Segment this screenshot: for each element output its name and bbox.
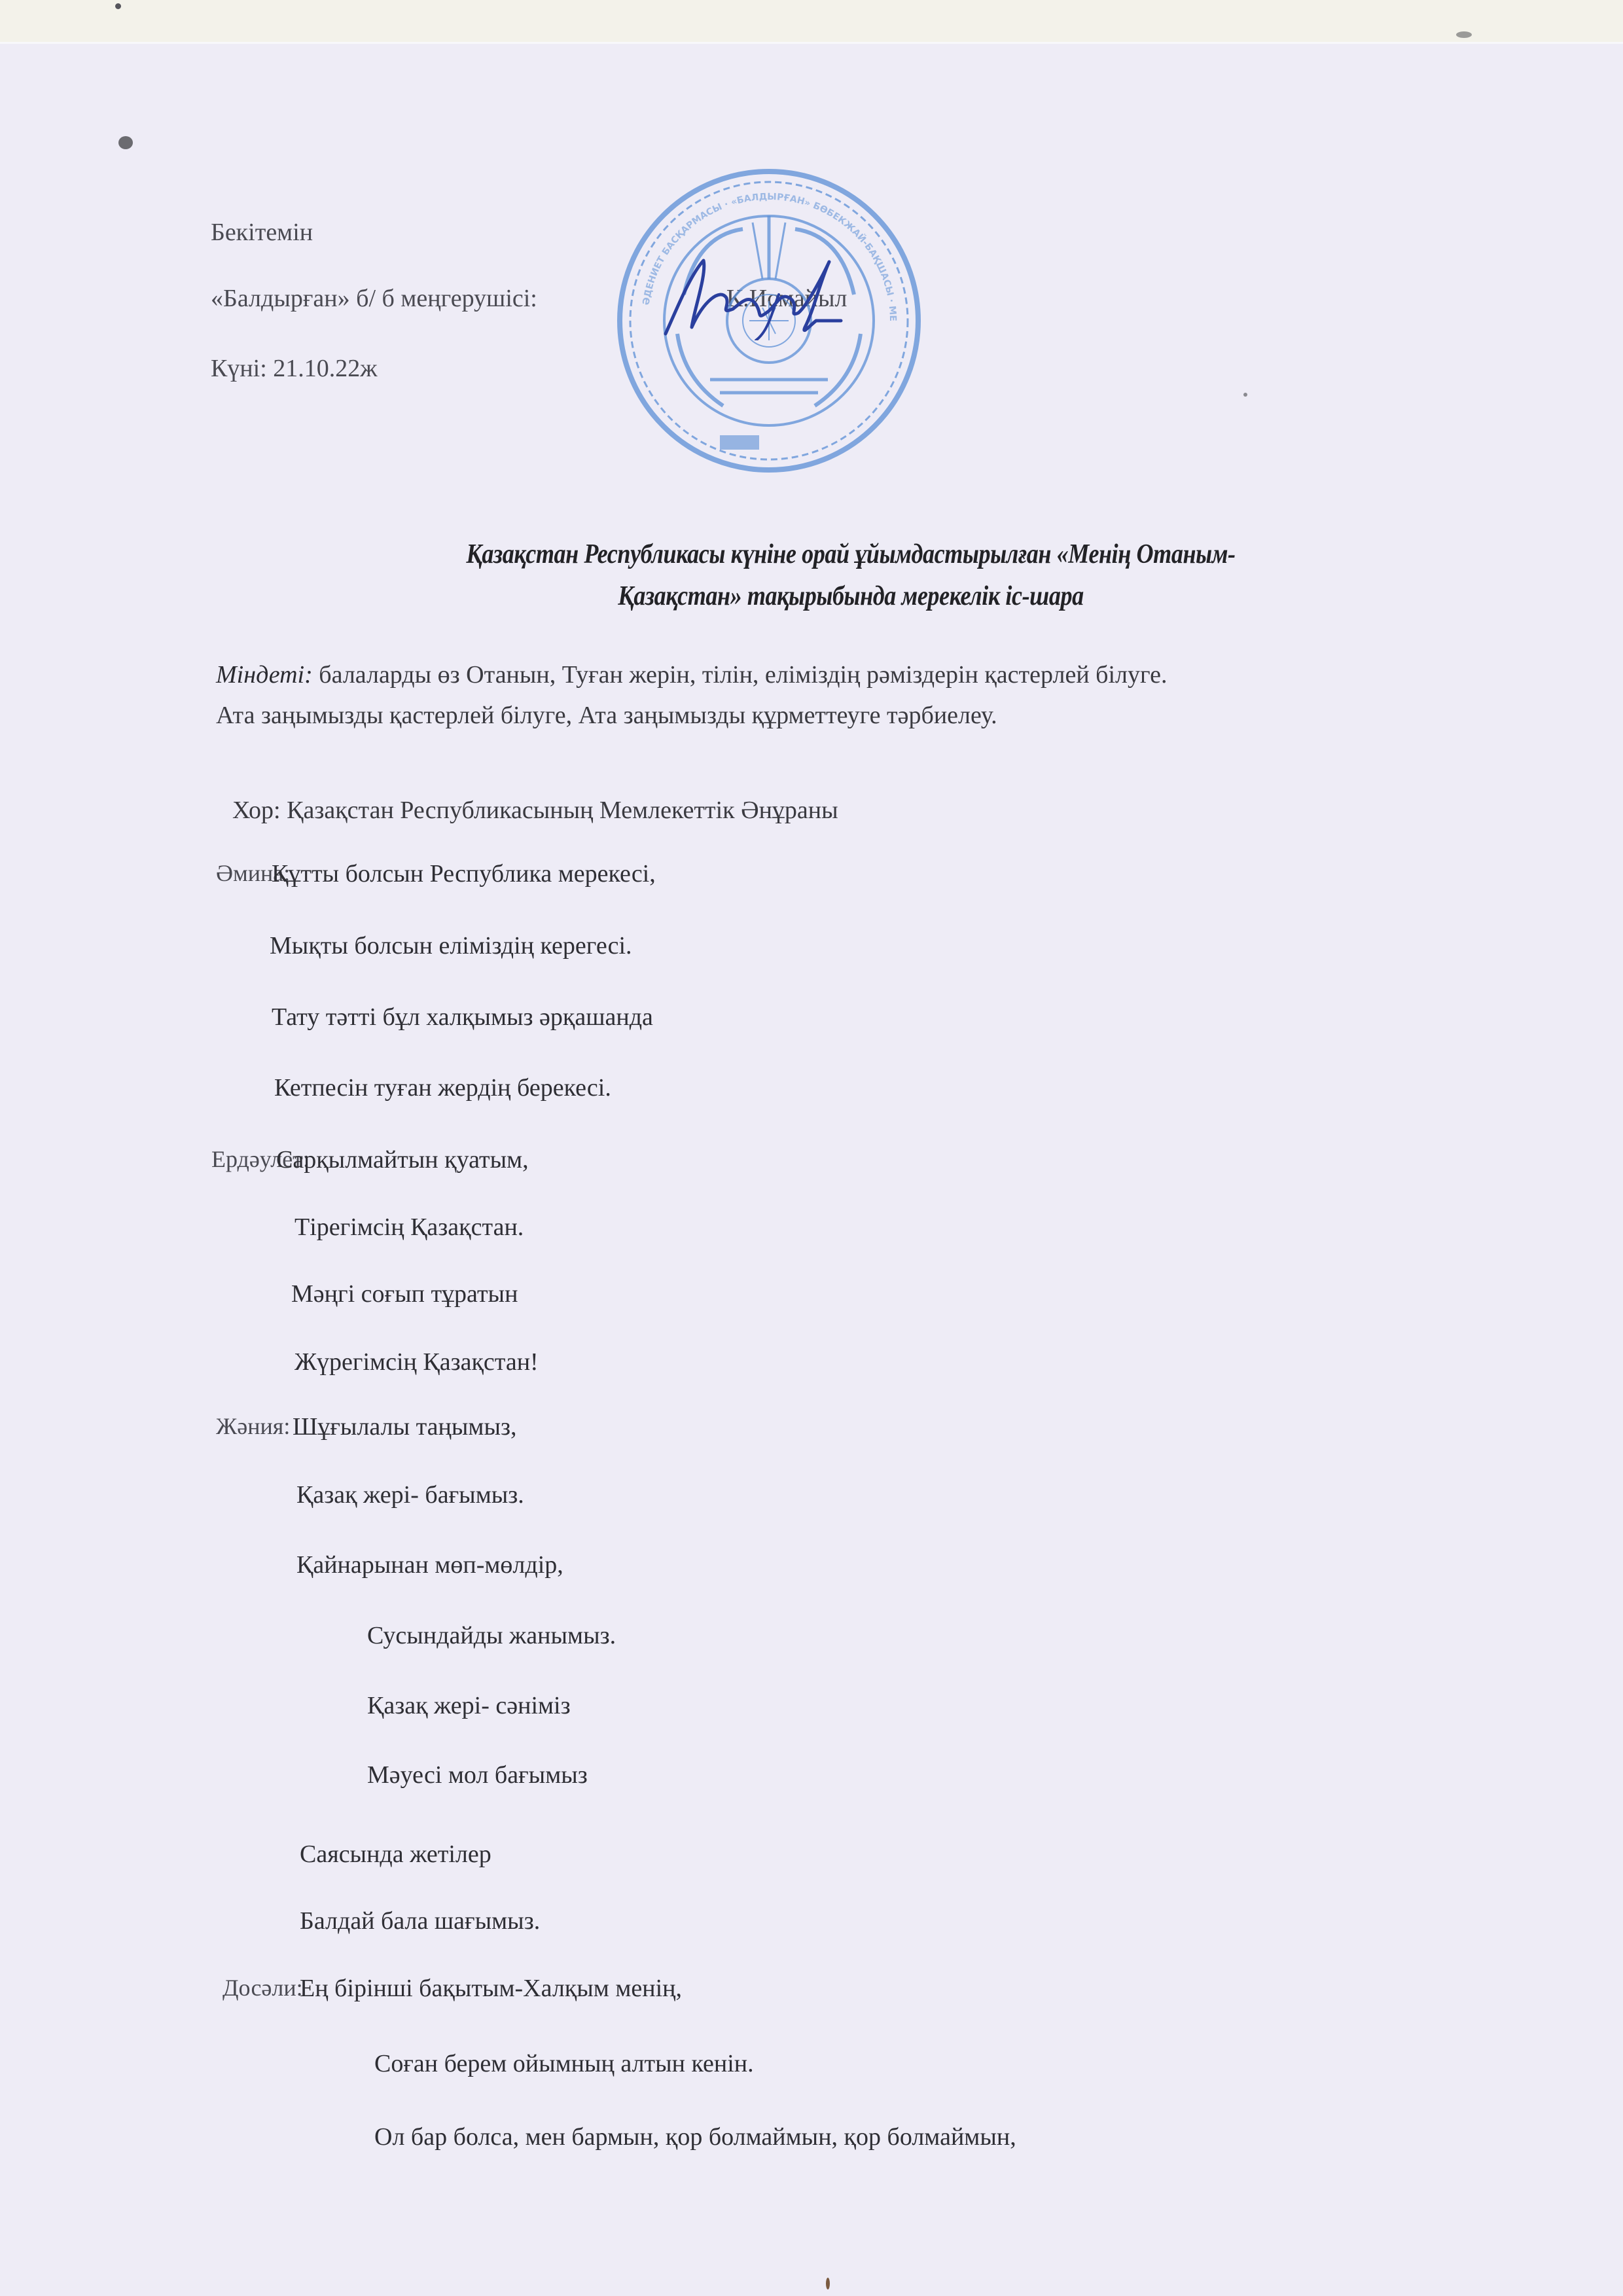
event-title-line: Қазақстан» тақырыбында мерекелік іс-шара	[344, 575, 1357, 617]
verse-line: Сарқылмайтын қуатым,	[276, 1145, 529, 1174]
scan-speck	[826, 2278, 830, 2289]
scanned-document-page: Бекітемін «Балдырған» б/ б меңгерушісі: …	[0, 0, 1623, 2296]
event-title: Қазақстан Республикасы күніне орай ұйымд…	[344, 533, 1357, 617]
speaker-name: Досәли:	[223, 1974, 303, 2001]
verse-line: Саясында жетілер	[300, 1840, 491, 1869]
approval-heading: Бекітемін	[211, 220, 313, 245]
verse-line: Мәңгі соғып тұратын	[291, 1280, 518, 1308]
signature-icon	[658, 249, 854, 340]
approval-position-text: «Балдырған» б/ б меңгерушісі:	[211, 285, 537, 312]
verse-line: Тірегімсің Қазақстан.	[294, 1213, 524, 1242]
verse-line: Мәуесі мол бағымыз	[367, 1761, 588, 1789]
verse-line: Жүрегімсің Қазақстан!	[294, 1348, 539, 1376]
speaker-name: Жәния:	[216, 1412, 290, 1440]
verse-line: Ең бірінші бақытым-Халқым менің,	[300, 1974, 682, 2003]
goal-label: Міндеті:	[216, 661, 313, 689]
approval-date: Күні: 21.10.22ж	[211, 356, 378, 381]
verse-line: Құтты болсын Республика мерекесі,	[272, 859, 656, 888]
scan-speck	[115, 3, 121, 9]
scanner-edge	[0, 0, 1623, 44]
goal-text: Ата заңымызды қастерлей білуге, Ата заңы…	[216, 695, 1525, 736]
event-title-line: Қазақстан Республикасы күніне орай ұйымд…	[344, 533, 1357, 575]
verse-line: Қазақ жері- бағымыз.	[296, 1480, 524, 1509]
verse-line: Шұғылалы таңымыз,	[293, 1412, 517, 1441]
verse-line: Мықты болсын еліміздің керегесі.	[270, 931, 632, 960]
goal-paragraph: Міндеті: балаларды өз Отанын, Туған жері…	[216, 655, 1525, 736]
verse-line: Сусындайды жанымыз.	[367, 1621, 616, 1650]
verse-line: Тату тәтті бұл халқымыз әрқашанда	[272, 1003, 653, 1031]
verse-line: Ол бар болса, мен бармын, қор болмаймын,…	[374, 2123, 1016, 2151]
verse-line: Қазақ жері- сәніміз	[367, 1691, 571, 1720]
anthem-line: Хор: Қазақстан Республикасының Мемлекетт…	[232, 796, 838, 825]
scan-speck	[1456, 31, 1472, 38]
goal-text: балаларды өз Отанын, Туған жерін, тілін,…	[313, 661, 1168, 689]
verse-line: Қайнарынан мөп-мөлдір,	[296, 1551, 563, 1579]
scan-speck	[1243, 393, 1247, 397]
verse-line: Балдай бала шағымыз.	[300, 1907, 540, 1935]
scan-speck	[118, 136, 133, 149]
verse-line: Кетпесін туған жердің берекесі.	[274, 1073, 611, 1102]
verse-line: Соған берем ойымның алтын кенін.	[374, 2049, 754, 2078]
